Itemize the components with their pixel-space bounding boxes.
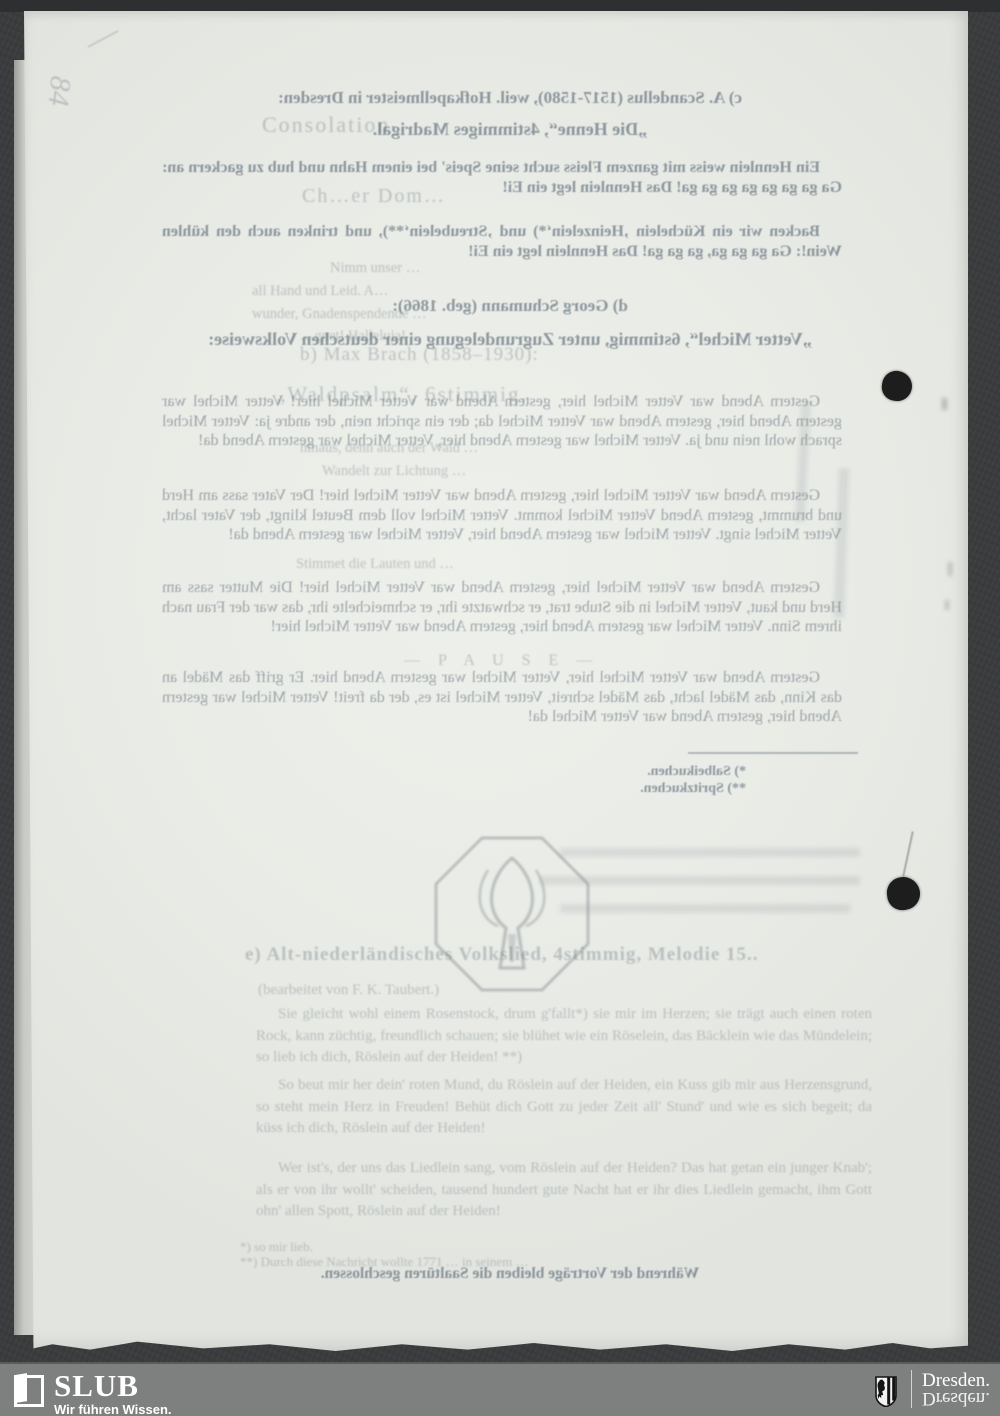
ghost-verse: Sie gleicht wohl einem Rosenstock, drum … bbox=[256, 1004, 872, 1069]
dresden-wordmark-reflection: Dresden. bbox=[922, 1390, 990, 1406]
scan-background-strip bbox=[0, 0, 1000, 12]
ghost-verse: So beut mir her dein' roten Mund, du Rös… bbox=[256, 1075, 872, 1140]
bleed-footnote: **) Spritzkuchen. bbox=[458, 779, 746, 799]
ghost-title: Ch…er Dom… bbox=[302, 186, 446, 208]
ink-smudge bbox=[560, 848, 860, 857]
ghost-line: Nimm unser … bbox=[330, 258, 420, 280]
ghost-arranger-line: (bearbeitet von F. K. Taubert.) bbox=[258, 980, 439, 1002]
bleed-paragraph: Backen wir ein Küchelein ‚Heinzelein‘*) … bbox=[162, 222, 842, 261]
ink-smudge bbox=[540, 876, 860, 885]
dresden-logo: Dresden. Dresden. bbox=[875, 1370, 990, 1408]
scanned-page-viewer: 84 c) A. Scandellus (1517-1580), weil. H… bbox=[0, 0, 1000, 1416]
ghost-line: Wandelt zur Lichtung … bbox=[322, 461, 466, 483]
dresden-wordmark-text: Dresden. bbox=[922, 1373, 990, 1389]
bleed-paragraph: Gestern Abend war Vetter Michel hier, ge… bbox=[162, 578, 842, 637]
slub-tagline: Wir führen Wissen. bbox=[54, 1402, 172, 1416]
ghost-line: hinaus, denn auch der Wald … bbox=[300, 438, 478, 460]
slub-logo: SLUB Wir führen Wissen. bbox=[14, 1372, 172, 1416]
dresden-coat-of-arms-icon bbox=[875, 1376, 897, 1407]
bleed-heading-c: c) A. Scandellus (1517-1580), weil. Hofk… bbox=[158, 88, 862, 108]
ghost-footnote: **) Durch diese Nachricht wollte 1771 … … bbox=[240, 1251, 868, 1273]
footer-divider bbox=[911, 1370, 912, 1408]
open-book-icon bbox=[14, 1375, 44, 1407]
ghost-title: Consolation bbox=[262, 114, 390, 136]
ink-smudge bbox=[560, 904, 850, 913]
ghost-line: Stimmet die Lauten und … bbox=[296, 554, 454, 576]
bleed-paragraph: Gestern Abend war Vetter Michel hier, ge… bbox=[162, 486, 842, 545]
ghost-line: wunder, Gnadenspendende … bbox=[252, 304, 427, 326]
ghost-line: all Hand und Leid. A… bbox=[252, 281, 389, 303]
handwritten-corner-mark: 84 bbox=[41, 74, 78, 107]
bleed-footnote-rule bbox=[688, 752, 858, 754]
ghost-verse: Wer ist's, der uns das Liedlein sang, vo… bbox=[256, 1158, 872, 1223]
ink-smudge bbox=[945, 600, 949, 610]
ink-smudge bbox=[942, 398, 947, 410]
footer-bar: SLUB Wir führen Wissen. Dresden. Dresden… bbox=[0, 1362, 1000, 1416]
bleed-paragraph: Ein Hennlein weiss mit ganzem Fleiss suc… bbox=[162, 158, 842, 197]
slub-wordmark: SLUB bbox=[54, 1372, 172, 1400]
ghost-pause-line: — P A U S E — bbox=[404, 650, 599, 672]
ghost-heading: „Waldpsalm“, 6stimmig. bbox=[276, 384, 528, 406]
bleed-paragraph: Gestern Abend war Vetter Michel hier, Ve… bbox=[162, 668, 842, 727]
ghost-heading: b) Max Brach (1858–1930): bbox=[300, 344, 539, 366]
ink-smudge bbox=[948, 562, 952, 576]
dresden-wordmark: Dresden. Dresden. bbox=[922, 1373, 990, 1406]
